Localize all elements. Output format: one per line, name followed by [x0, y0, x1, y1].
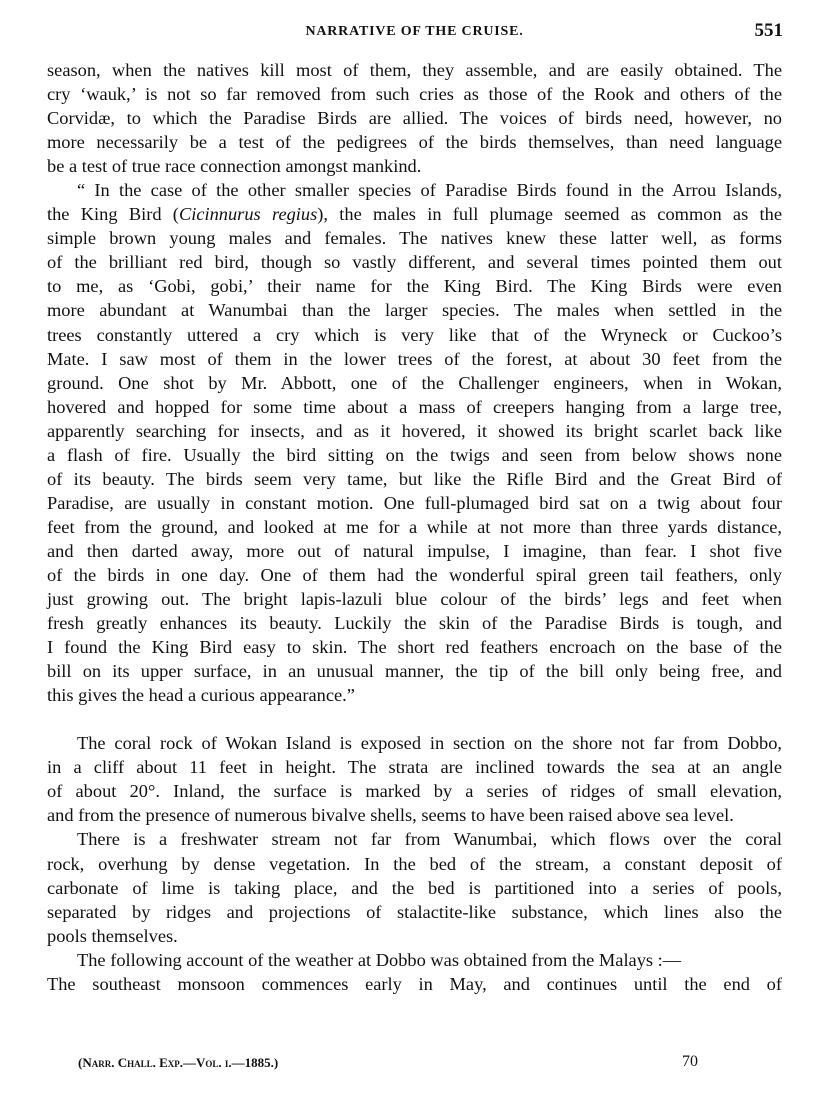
body-text: season, when the natives kill most of th…: [47, 58, 782, 996]
text-line: of the brilliant red bird, though so vas…: [47, 250, 782, 274]
running-title: NARRATIVE OF THE CRUISE.: [46, 24, 783, 40]
text-line: bill on its upper surface, in an unusual…: [47, 659, 782, 683]
text-line: and from the presence of numerous bivalv…: [47, 803, 782, 827]
document-page: NARRATIVE OF THE CRUISE. 551 season, whe…: [0, 0, 825, 1100]
text-line: Mate. I saw most of them in the lower tr…: [47, 347, 782, 371]
text-line: I found the King Bird easy to skin. The …: [47, 635, 782, 659]
text-line: separated by ridges and projections of s…: [47, 900, 782, 924]
signature-mark: 70: [682, 1053, 698, 1071]
text-line: the King Bird (Cicinnurus regius), the m…: [47, 202, 782, 226]
paragraph: “ In the case of the other smaller speci…: [47, 178, 782, 707]
text-line: of the birds in one day. One of them had…: [47, 563, 782, 587]
text-line: feet from the ground, and looked at me f…: [47, 515, 782, 539]
running-head: NARRATIVE OF THE CRUISE. 551: [46, 20, 783, 44]
page-number: 551: [755, 20, 784, 42]
page-footer: (Narr. Chall. Exp.—Vol. i.—1885.) 70: [78, 1055, 698, 1075]
paragraph: The southeast monsoon commences early in…: [47, 972, 782, 996]
text-line: a flash of fire. Usually the bird sittin…: [47, 443, 782, 467]
text-line: The southeast monsoon commences early in…: [47, 972, 782, 996]
text-line: to me, as ‘Gobi, gobi,’ their name for t…: [47, 274, 782, 298]
text-line: cry ‘wauk,’ is not so far removed from s…: [47, 82, 782, 106]
text-line: be a test of true race connection amongs…: [47, 154, 782, 178]
paragraph: There is a freshwater stream not far fro…: [47, 827, 782, 947]
text-line: simple brown young males and females. Th…: [47, 226, 782, 250]
paragraph: The following account of the weather at …: [47, 948, 782, 972]
text-line: The following account of the weather at …: [47, 948, 782, 972]
text-line: Paradise, are usually in constant motion…: [47, 491, 782, 515]
text-line: The coral rock of Wokan Island is expose…: [47, 731, 782, 755]
printer-signature: (Narr. Chall. Exp.—Vol. i.—1885.): [78, 1055, 278, 1071]
paragraph: The coral rock of Wokan Island is expose…: [47, 731, 782, 827]
text-line: just growing out. The bright lapis-lazul…: [47, 587, 782, 611]
text-line: of its beauty. The birds seem very tame,…: [47, 467, 782, 491]
text-line: of about 20°. Inland, the surface is mar…: [47, 779, 782, 803]
text-line: Corvidæ, to which the Paradise Birds are…: [47, 106, 782, 130]
text-line: rock, overhung by dense vegetation. In t…: [47, 852, 782, 876]
text-line: and then darted away, more out of natura…: [47, 539, 782, 563]
text-line: more abundant at Wanumbai than the large…: [47, 298, 782, 322]
text-line: ground. One shot by Mr. Abbott, one of t…: [47, 371, 782, 395]
text-line: apparently searching for insects, and as…: [47, 419, 782, 443]
text-line: pools themselves.: [47, 924, 782, 948]
text-line: “ In the case of the other smaller speci…: [47, 178, 782, 202]
text-line: more necessarily be a test of the pedigr…: [47, 130, 782, 154]
text-line: fresh greatly enhances its beauty. Lucki…: [47, 611, 782, 635]
text-line: this gives the head a curious appearance…: [47, 683, 782, 707]
paragraph-gap: [47, 707, 782, 731]
text-line: carbonate of lime is taking place, and t…: [47, 876, 782, 900]
text-line: trees constantly uttered a cry which is …: [47, 323, 782, 347]
text-line: hovered and hopped for some time about a…: [47, 395, 782, 419]
text-line: season, when the natives kill most of th…: [47, 58, 782, 82]
paragraph: season, when the natives kill most of th…: [47, 58, 782, 178]
text-line: in a cliff about 11 feet in height. The …: [47, 755, 782, 779]
text-line: There is a freshwater stream not far fro…: [47, 827, 782, 851]
